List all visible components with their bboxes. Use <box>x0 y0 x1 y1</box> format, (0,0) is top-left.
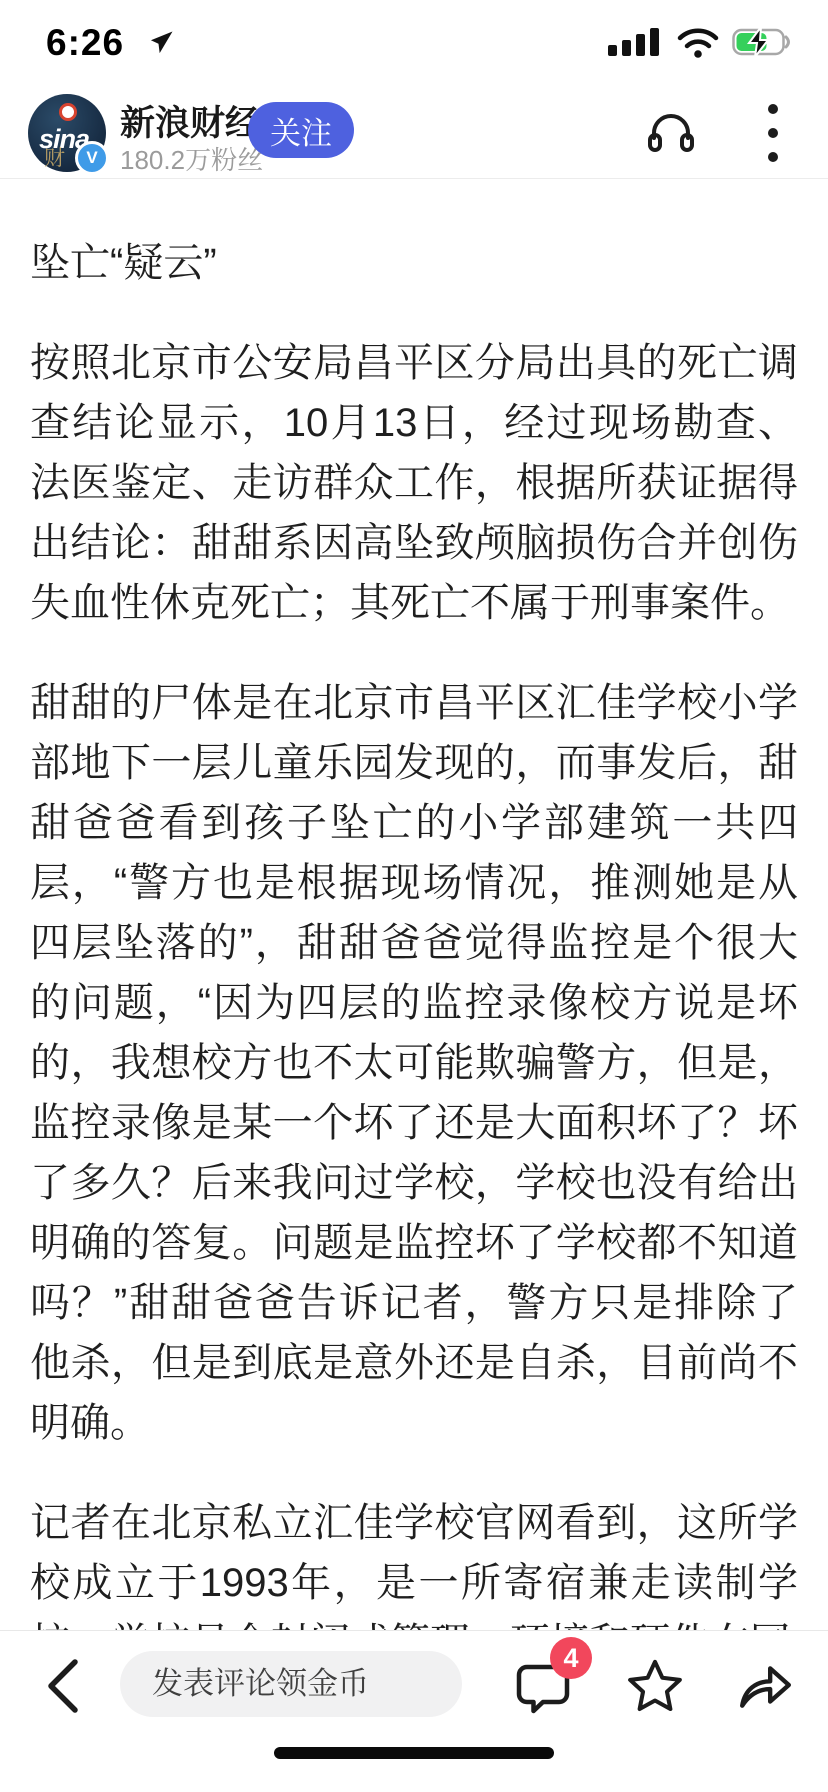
headphones-icon[interactable] <box>645 106 697 158</box>
sina-finance-glyph: 财 <box>44 142 65 172</box>
followers-count: 180.2万粉丝 <box>120 140 263 177</box>
bottom-toolbar: 发表评论领金币 4 <box>0 1630 828 1792</box>
article-body[interactable]: 坠亡“疑云” 按照北京市公安局昌平区分局出具的死亡调查结论显示，10月13日，经… <box>30 179 798 1792</box>
battery-charging-icon <box>732 26 794 58</box>
more-menu-icon[interactable] <box>767 104 779 162</box>
article-paragraph: 按照北京市公安局昌平区分局出具的死亡调查结论显示，10月13日，经过现场勘查、法… <box>30 333 798 633</box>
account-name[interactable]: 新浪财经 <box>120 96 260 146</box>
comment-count-badge: 4 <box>550 1637 592 1679</box>
status-bar: 6:26 <box>0 0 828 88</box>
article-paragraph: 甜甜的尸体是在北京市昌平区汇佳学校小学部地下一层儿童乐园发现的，而事发后，甜甜爸… <box>30 673 798 1453</box>
comment-input[interactable]: 发表评论领金币 <box>120 1651 462 1717</box>
article-heading: 坠亡“疑云” <box>30 233 798 293</box>
verified-badge: V <box>75 141 109 175</box>
star-icon[interactable] <box>626 1657 684 1715</box>
account-header: sina 财 V 新浪财经 180.2万粉丝 关注 <box>0 88 828 179</box>
follow-button[interactable]: 关注 <box>248 102 354 158</box>
sina-eye-logo <box>59 103 77 121</box>
location-arrow-icon <box>148 28 176 56</box>
back-chevron-icon[interactable] <box>42 1657 84 1715</box>
cellular-signal-icon <box>606 27 664 57</box>
home-indicator[interactable] <box>274 1747 554 1759</box>
avatar[interactable]: sina 财 V <box>28 94 106 172</box>
wifi-icon <box>676 26 720 58</box>
clock-time: 6:26 <box>46 22 124 64</box>
share-arrow-icon[interactable] <box>736 1657 794 1715</box>
